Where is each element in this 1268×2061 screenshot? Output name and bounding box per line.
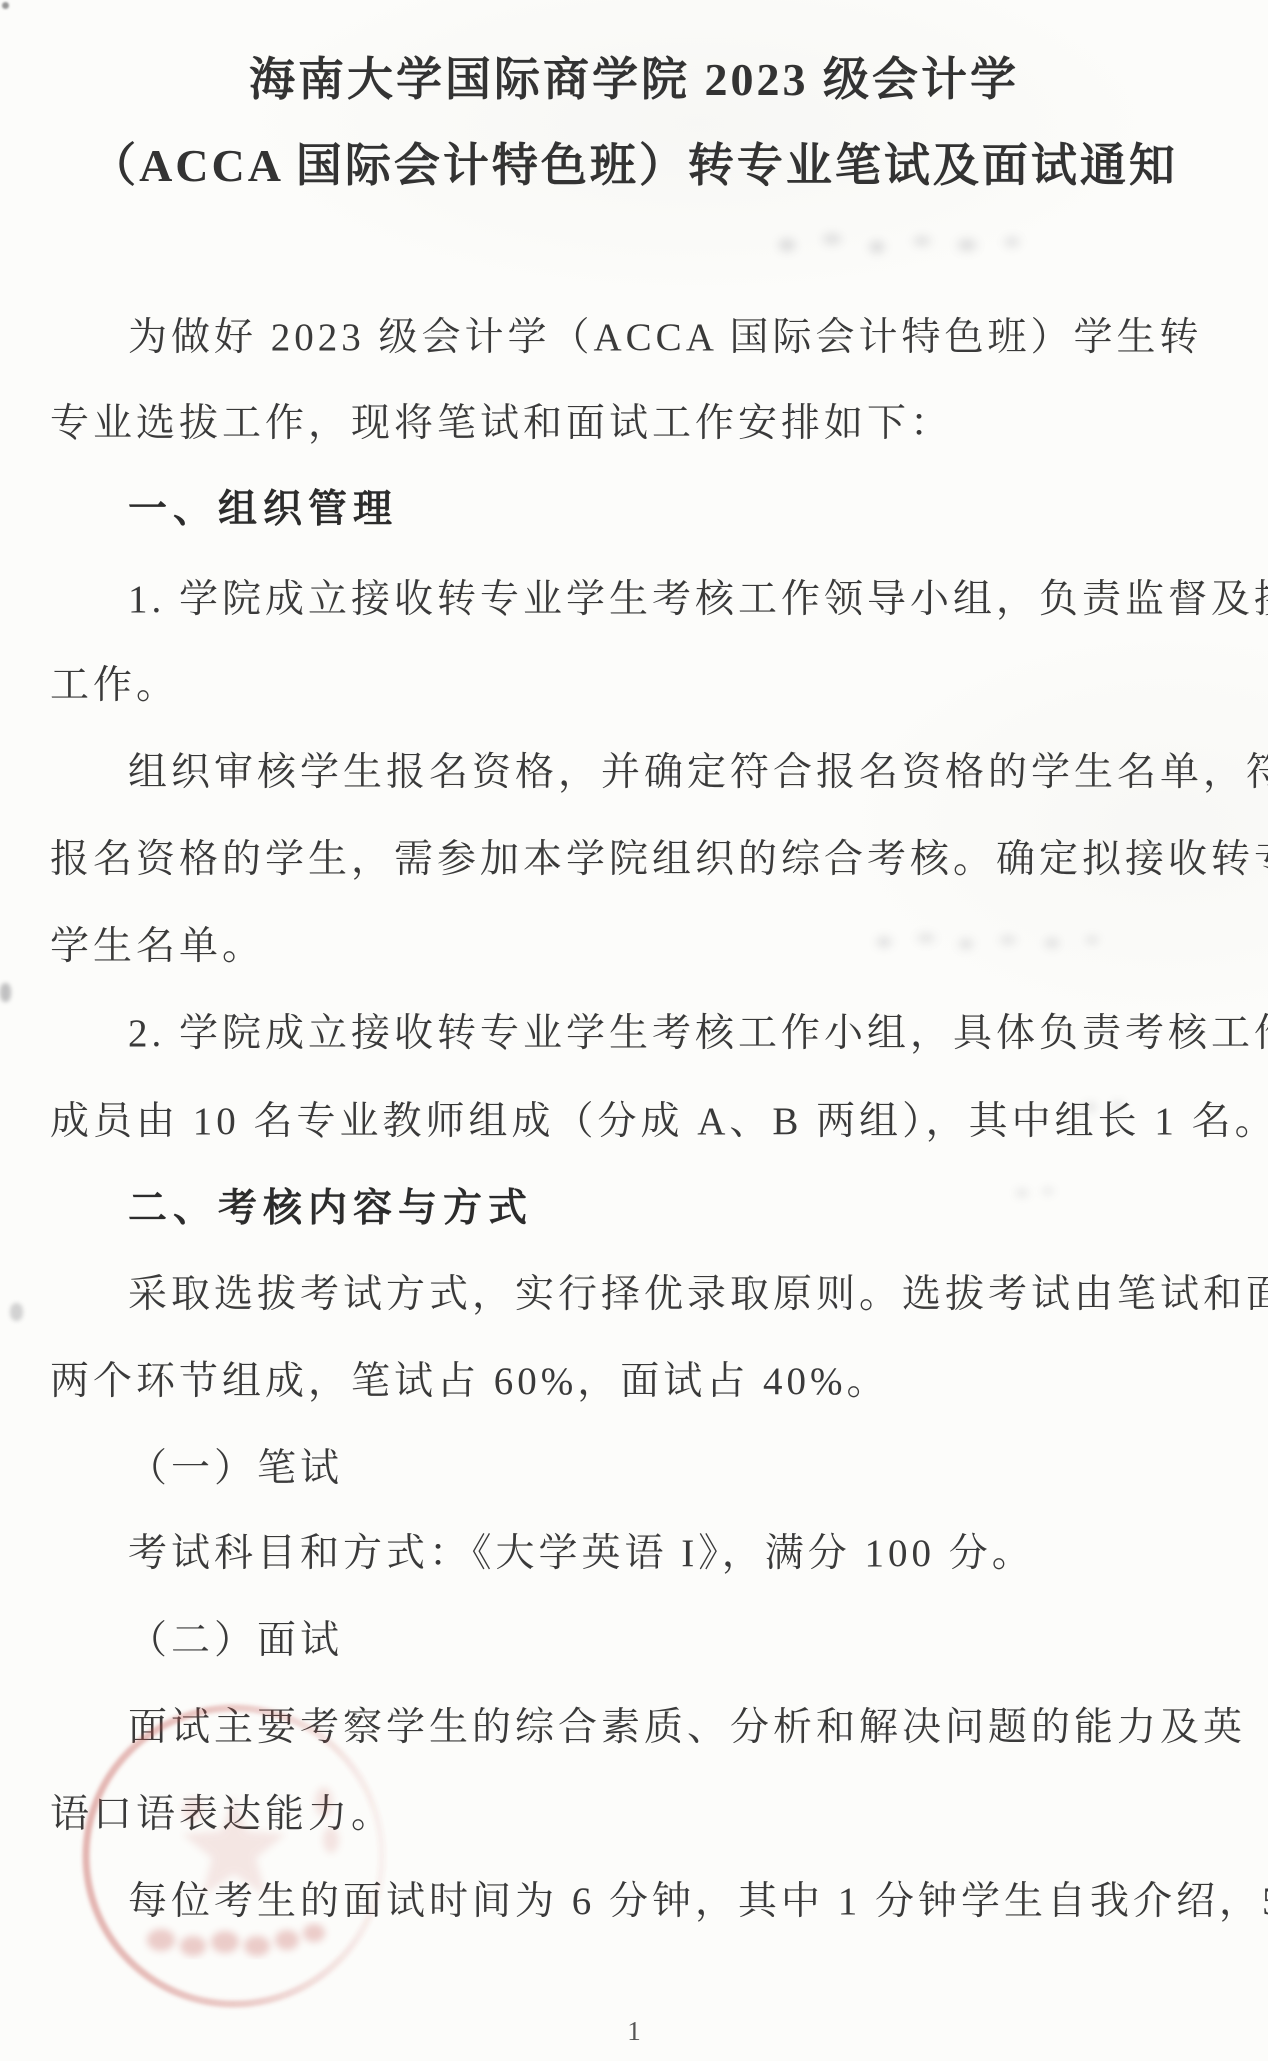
scan-edge-artifact xyxy=(10,1303,23,1321)
document-title-line-1: 海南大学国际商学院 2023 级会计学 xyxy=(0,52,1268,108)
paragraph-line: 报名资格的学生，需参加本学院组织的综合考核。确定拟接收转专业 xyxy=(50,837,1220,883)
scan-edge-artifact xyxy=(0,983,11,1002)
paragraph-line: 考试科目和方式：《大学英语 I》，满分 100 分。 xyxy=(50,1531,1268,1577)
paragraph-line: 学生名单。 xyxy=(50,924,1220,970)
paragraph-line: 面试主要考察学生的综合素质、分析和解决问题的能力及英 xyxy=(50,1705,1268,1751)
stamp-text-band xyxy=(147,1924,325,1956)
paragraph-line: 专业选拔工作，现将笔试和面试工作安排如下： xyxy=(50,401,1220,447)
subsection-heading-interview: （二）面试 xyxy=(50,1618,1268,1664)
paragraph-line: 组织审核学生报名资格，并确定符合报名资格的学生名单，符合 xyxy=(50,750,1268,796)
scan-speck-artifact xyxy=(2,2,9,9)
paragraph-line: 为做好 2023 级会计学（ACCA 国际会计特色班）学生转 xyxy=(50,315,1268,361)
document-title-line-2: （ACCA 国际会计特色班）转专业笔试及面试通知 xyxy=(0,138,1268,194)
subsection-heading-written-test: （一）笔试 xyxy=(50,1446,1268,1492)
paragraph-line: 工作。 xyxy=(50,663,1220,709)
paragraph-line: 2. 学院成立接收转专业学生考核工作小组，具体负责考核工作。 xyxy=(50,1011,1268,1057)
paragraph-line: 1. 学院成立接收转专业学生考核工作领导小组，负责监督及接收 xyxy=(50,577,1268,623)
page-number: 1 xyxy=(0,2016,1268,2047)
document-page: 海南大学国际商学院 2023 级会计学 （ACCA 国际会计特色班）转专业笔试及… xyxy=(0,0,1268,2061)
paragraph-line: 成员由 10 名专业教师组成（分成 A、B 两组），其中组长 1 名。 xyxy=(50,1099,1220,1145)
section-heading-2: 二、考核内容与方式 xyxy=(50,1186,1268,1232)
paragraph-line: 每位考生的面试时间为 6 分钟，其中 1 分钟学生自我介绍，5 分 xyxy=(50,1879,1268,1925)
paragraph-line: 语口语表达能力。 xyxy=(50,1792,1220,1838)
section-heading-1: 一、组织管理 xyxy=(50,487,1268,533)
paragraph-line: 两个环节组成，笔试占 60%，面试占 40%。 xyxy=(50,1359,1220,1405)
bleedthrough-smudge xyxy=(762,215,1047,273)
paragraph-line: 采取选拔考试方式，实行择优录取原则。选拔考试由笔试和面试 xyxy=(50,1272,1268,1318)
